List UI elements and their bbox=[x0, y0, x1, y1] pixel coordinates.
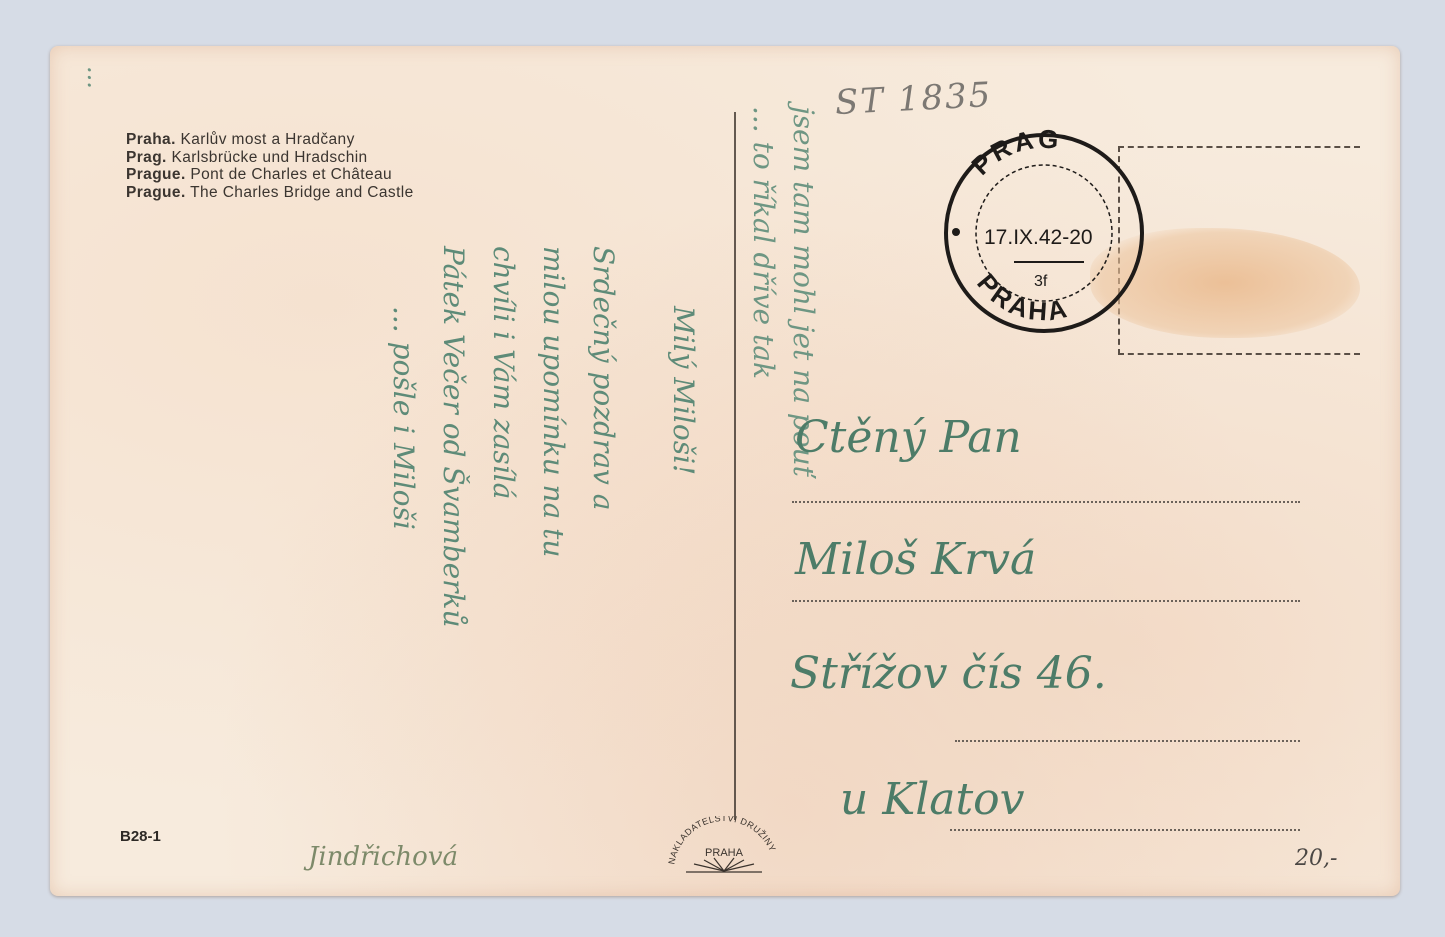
postmark-date: 17.IX.42-20 bbox=[984, 226, 1093, 249]
address-name: Miloš Krvá bbox=[795, 534, 1036, 585]
message-line: Milý Miloši! bbox=[667, 306, 700, 475]
message-line: chvíli i Vám zasílá bbox=[487, 246, 520, 499]
address-rule bbox=[792, 501, 1300, 503]
postmark-code: 3f bbox=[1034, 273, 1048, 290]
caption-line-czech: Praha. Karlův most a Hradčany bbox=[126, 131, 414, 149]
address-street: Střížov čís 46. bbox=[790, 648, 1107, 699]
address-salutation: Ctěný Pan bbox=[795, 412, 1022, 463]
address-rule bbox=[792, 600, 1300, 602]
message-line: ... pošle i Miloši bbox=[387, 306, 420, 530]
center-divider bbox=[734, 112, 736, 820]
publisher-city: PRAHA bbox=[705, 847, 744, 859]
postmark-bottom-text: PRAHA bbox=[971, 268, 1072, 327]
message-line: Srdečný pozdrav a bbox=[587, 246, 620, 510]
serial-number: B28-1 bbox=[120, 828, 161, 845]
margin-note: ... bbox=[82, 66, 110, 89]
message-line: milou upomínku na tu bbox=[537, 246, 570, 557]
caption-line-english: Prague. The Charles Bridge and Castle bbox=[126, 184, 414, 202]
postcard-back: Praha. Karlův most a Hradčany Prag. Karl… bbox=[50, 46, 1400, 896]
printed-caption: Praha. Karlův most a Hradčany Prag. Karl… bbox=[126, 131, 414, 201]
address-town: u Klatov bbox=[840, 774, 1025, 825]
publisher-logo: NAKLADATELSTVÍ DRUŽINY PRAHA bbox=[664, 816, 784, 878]
postmark: PRAG PRAHA 17.IX.42-20 3f bbox=[936, 120, 1146, 346]
caption-line-french: Prague. Pont de Charles et Château bbox=[126, 166, 414, 184]
pencil-reference-number: ST 1835 bbox=[834, 75, 993, 123]
address-rule bbox=[955, 740, 1300, 742]
svg-text:PRAHA: PRAHA bbox=[971, 268, 1072, 327]
message-line: Pátek Večer od Švamberků bbox=[437, 246, 470, 628]
margin-note: ... to říkal dříve tak bbox=[747, 106, 780, 379]
caption-line-german: Prag. Karlsbrücke und Hradschin bbox=[126, 149, 414, 167]
signature: Jindřichová bbox=[308, 842, 458, 872]
address-rule bbox=[950, 829, 1300, 831]
pencil-price: 20,- bbox=[1295, 846, 1337, 871]
